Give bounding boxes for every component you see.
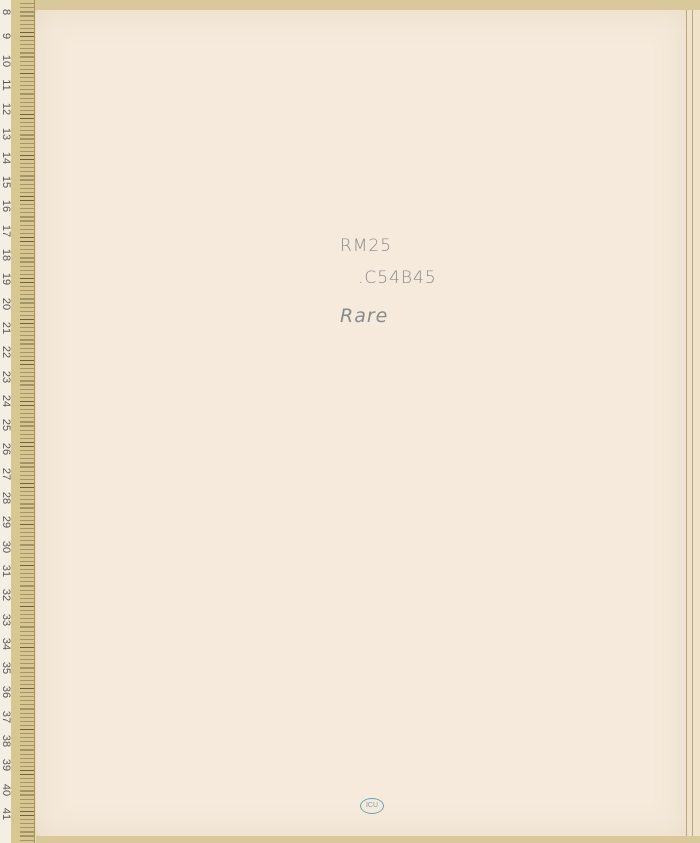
measurement-ruler: 8910111213141516171819202122232425262728…: [0, 0, 35, 843]
ruler-label: 34: [0, 634, 12, 654]
scan-background-top: [0, 0, 700, 10]
ruler-label: 37: [0, 707, 12, 727]
ruler-label: 31: [0, 561, 12, 581]
document-page: [36, 10, 686, 838]
ruler-ticks: [20, 0, 34, 843]
ruler-label: 21: [0, 318, 12, 338]
ruler-label: 32: [0, 585, 12, 605]
ruler-label: 38: [0, 731, 12, 751]
ruler-label: 18: [0, 245, 12, 265]
binding-edge-line: [692, 10, 693, 843]
scan-background-bottom: [36, 836, 700, 843]
ruler-label: 19: [0, 269, 12, 289]
ruler-label: 15: [0, 172, 12, 192]
ruler-label: 40: [0, 780, 12, 800]
ruler-label: 29: [0, 512, 12, 532]
ruler-label: 11: [0, 75, 12, 95]
ruler-label: 28: [0, 488, 12, 508]
ruler-label: 27: [0, 464, 12, 484]
ruler-label: 10: [0, 51, 12, 71]
ruler-label: 16: [0, 196, 12, 216]
library-stamp: ICU: [360, 798, 384, 814]
call-number-line-2: .C54B45: [358, 268, 437, 288]
ruler-label: 17: [0, 221, 12, 241]
ruler-label: 25: [0, 415, 12, 435]
ruler-label: 30: [0, 537, 12, 557]
ruler-label: 36: [0, 682, 12, 702]
page-edge: [686, 10, 700, 843]
ruler-label: 35: [0, 658, 12, 678]
ruler-label: 26: [0, 439, 12, 459]
ruler-label: 13: [0, 124, 12, 144]
ruler-label: 41: [0, 804, 12, 824]
ruler-label: 12: [0, 99, 12, 119]
ruler-label: 39: [0, 755, 12, 775]
ruler-label: 23: [0, 367, 12, 387]
ruler-label: 8: [0, 2, 12, 22]
ruler-label: 22: [0, 342, 12, 362]
ruler-label: 33: [0, 610, 12, 630]
call-number-rare-note: Rare: [340, 305, 388, 327]
ruler-label: 14: [0, 148, 12, 168]
ruler-label: 24: [0, 391, 12, 411]
ruler-label: 20: [0, 294, 12, 314]
call-number-line-1: RM25: [340, 236, 392, 256]
ruler-label: 9: [0, 26, 12, 46]
